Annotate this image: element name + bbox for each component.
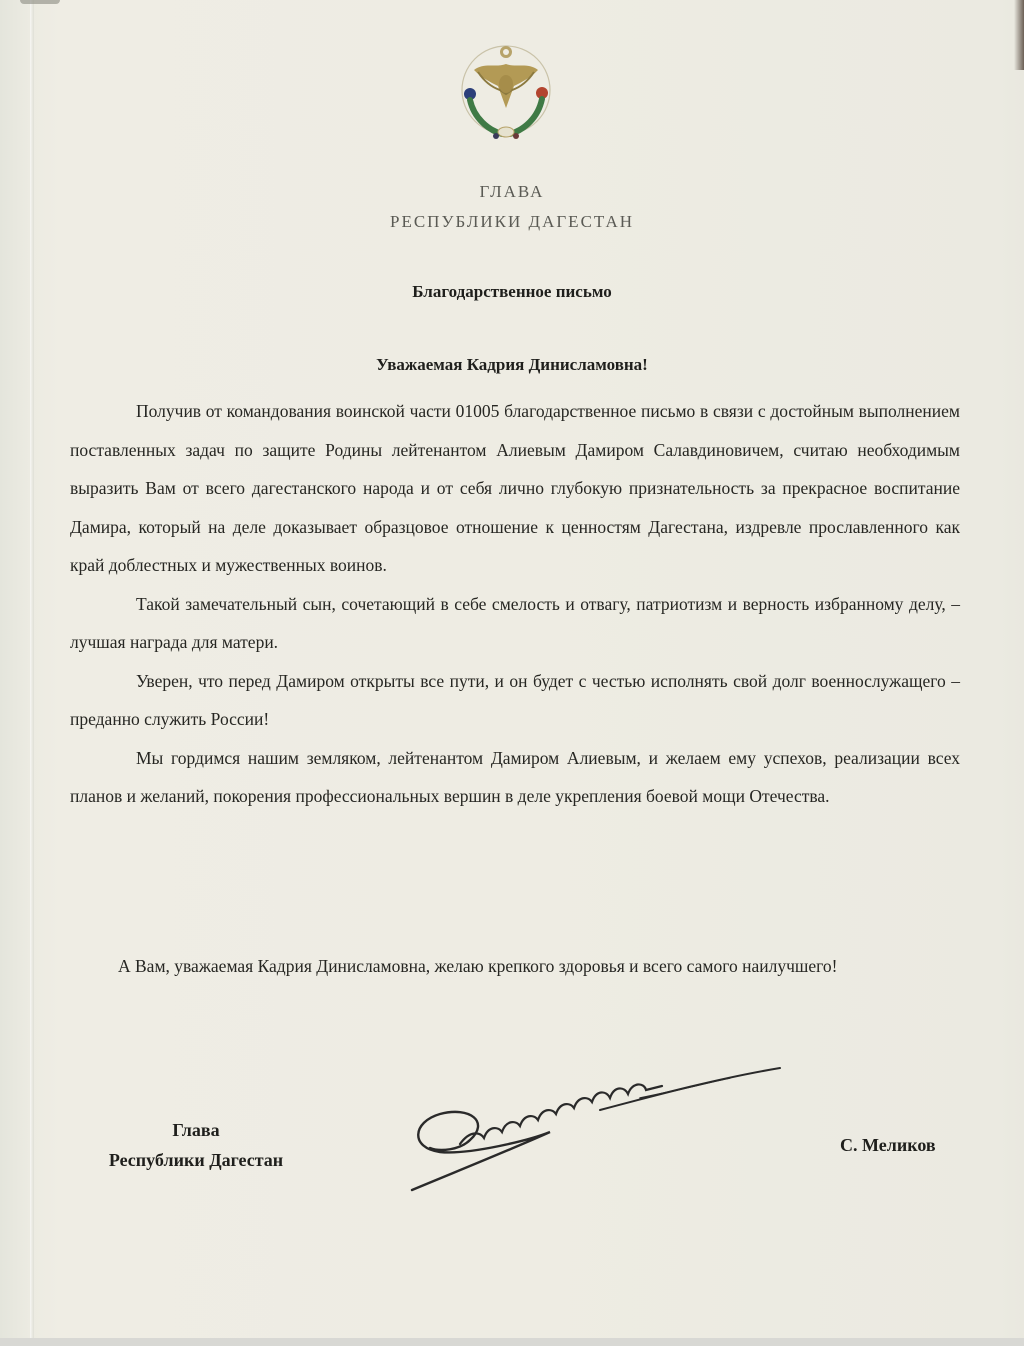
closing-paragraph: А Вам, уважаемая Кадрия Динисламовна, же…: [52, 942, 987, 990]
bottom-edge: [0, 1338, 1024, 1346]
handwritten-signature-icon: [400, 1060, 790, 1200]
closing-paragraph-block: А Вам, уважаемая Кадрия Динисламовна, же…: [52, 942, 987, 990]
header-title: ГЛАВА: [0, 182, 1024, 202]
position-line-2: Республики Дагестан: [46, 1145, 346, 1175]
letter-page: ГЛАВА РЕСПУБЛИКИ ДАГЕСТАН Благодарственн…: [0, 0, 1024, 1338]
paragraph: Получив от командования воинской части 0…: [70, 392, 960, 585]
paragraph: Уверен, что перед Дамиром открыты все пу…: [70, 662, 960, 739]
salutation: Уважаемая Кадрия Динисламовна!: [0, 355, 1024, 375]
position-line-1: Глава: [46, 1115, 346, 1145]
coat-of-arms-icon: [448, 38, 564, 144]
header-subtitle: РЕСПУБЛИКИ ДАГЕСТАН: [0, 212, 1024, 232]
paragraph: Такой замечательный сын, сочетающий в се…: [70, 585, 960, 662]
edge-shadow: [1014, 0, 1024, 70]
signatory-position: Глава Республики Дагестан: [46, 1115, 346, 1175]
paragraph: Мы гордимся нашим земляком, лейтенантом …: [70, 739, 960, 816]
binding-shadow: [20, 0, 60, 4]
document-title: Благодарственное письмо: [0, 282, 1024, 302]
letter-body: Получив от командования воинской части 0…: [70, 392, 960, 816]
signatory-name: С. Меликов: [840, 1135, 1010, 1156]
